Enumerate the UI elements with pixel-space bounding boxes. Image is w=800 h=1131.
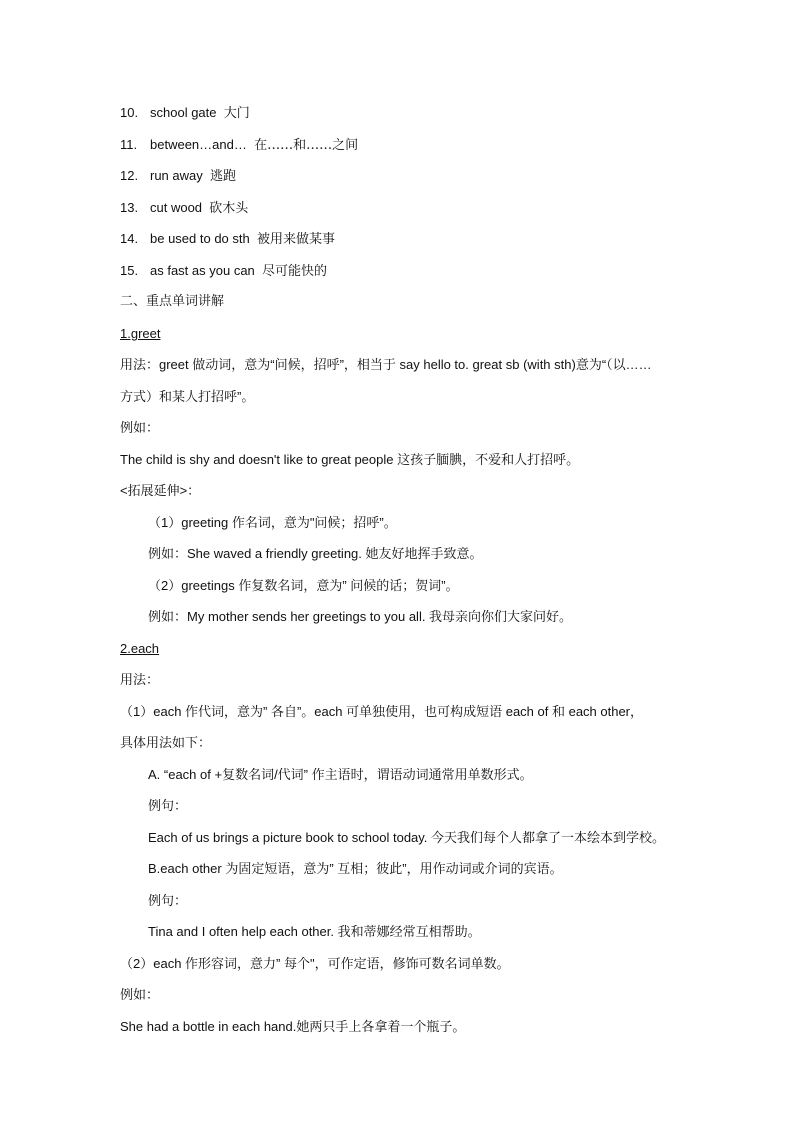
each-rule-a: A. “each of +复数名词/代词” 作主语时，谓语动词通常用单数形式。 [148,767,533,783]
item-number: 15. [120,263,150,279]
item-chinese: 在……和……之间 [254,138,358,153]
item-chinese: 被用来做某事 [257,232,335,247]
example-label: 例句： [148,893,187,909]
greet-example: The child is shy and doesn't like to gre… [120,452,579,468]
each-rule-b: B.each other 为固定短语，意为” 互相；彼此”，用作动词或介词的宾语… [148,861,563,877]
example-label: 例如： [120,420,159,436]
vocab-item: 15.as fast as you can 尽可能快的 [120,263,327,280]
extension-label: <拓展延伸>： [120,483,200,499]
item-english: between…and… [150,137,247,152]
item-english: be used to do sth [150,231,250,246]
each-usage-label: 用法： [120,672,159,688]
item-number: 13. [120,200,150,216]
item-english: as fast as you can [150,263,255,278]
item-english: school gate [150,105,217,120]
example-label: 例如： [120,987,159,1003]
item-chinese: 大门 [224,106,250,121]
greet-usage: 用法：greet 做动词，意为“问候，招呼”，相当于 say hello to.… [120,357,652,373]
extension-1-example: 例如：She waved a friendly greeting. 她友好地挥手… [148,546,483,562]
vocab-item: 14.be used to do sth 被用来做某事 [120,231,335,248]
extension-1: （1）greeting 作名词，意为"问候；招呼”。 [148,515,397,531]
item-number: 14. [120,231,150,247]
item-english: run away [150,168,203,183]
extension-2: （2）greetings 作复数名词，意为” 问候的话；贺词”。 [148,578,459,594]
vocab-item: 12.run away 逃跑 [120,168,236,185]
vocab-item: 13.cut wood 砍木头 [120,200,248,217]
each-point-1-cont: 具体用法如下： [120,735,211,751]
extension-2-example: 例如：My mother sends her greetings to you … [148,609,572,625]
greet-usage-cont: 方式）和某人打招呼”。 [120,389,254,405]
section-title: 二、重点单词讲解 [120,294,224,310]
example-label: 例句： [148,798,187,814]
item-number: 12. [120,168,150,184]
item-chinese: 逃跑 [210,169,236,184]
vocab-item: 11.between…and… 在……和……之间 [120,137,358,154]
vocab-item: 10.school gate 大门 [120,105,250,122]
each-heading: 2.each [120,641,159,657]
item-chinese: 尽可能快的 [262,264,327,279]
greet-heading: 1.greet [120,326,160,342]
item-english: cut wood [150,200,202,215]
each-point-2: （2）each 作形容词，意力” 每个"，可作定语，修饰可数名词单数。 [120,956,510,972]
item-number: 11. [120,137,150,153]
each-point-2-example: She had a bottle in each hand.她两只手上各拿着一个… [120,1019,465,1035]
each-point-1: （1）each 作代词，意为” 各自”。each 可单独使用，也可构成短语 ea… [120,704,643,720]
each-rule-a-example: Each of us brings a picture book to scho… [148,830,665,846]
item-number: 10. [120,105,150,121]
item-chinese: 砍木头 [209,201,248,216]
each-rule-b-example: Tina and I often help each other. 我和蒂娜经常… [148,924,481,940]
